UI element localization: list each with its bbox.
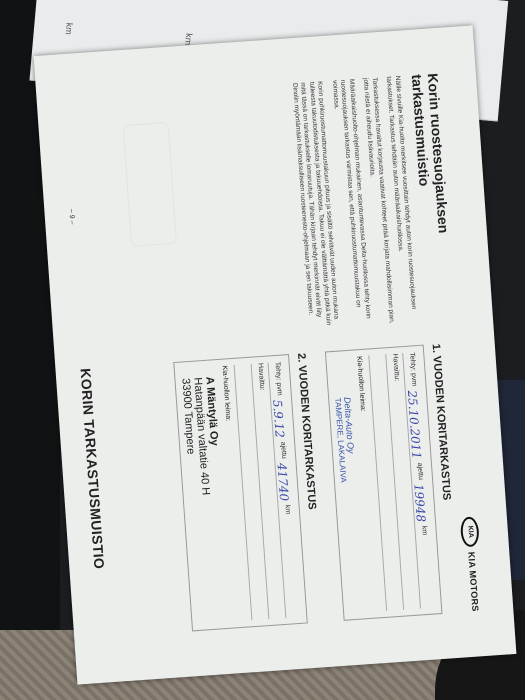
observed-label: Havaittu: — [252, 363, 270, 392]
inspection-section-1: 1. VUODEN KORITARKASTUS Tehty: pvm 25.10… — [325, 343, 461, 621]
brand: KIA KIA MOTORS — [460, 516, 485, 612]
driven-label: ajettu — [274, 441, 291, 459]
left-column: Korin ruostesuojauksen tarkastusmuistio … — [284, 73, 459, 333]
km-unit: km — [279, 504, 296, 514]
observed-label: Havaittu: — [386, 353, 404, 382]
footer-title: KORIN TARKASTUSMUISTIO — [77, 368, 107, 570]
km-unit: km — [415, 525, 432, 535]
km-value: 41740 — [276, 463, 291, 502]
page-number: – 9 – — [67, 209, 75, 225]
booklet-page: Korin ruostesuojauksen tarkastusmuistio … — [34, 25, 517, 684]
done-label: Tehty: pvm — [269, 361, 287, 396]
driven-label: ajettu — [411, 462, 428, 480]
km-value: 19948 — [412, 484, 427, 523]
prev-km-label: km — [64, 22, 75, 35]
inspection-section-2: 2. VUODEN KORITARKASTUS Tehty: pvm 5.9.1… — [173, 353, 326, 632]
prev-km-label: km — [183, 33, 194, 46]
date-value: 5.9.12 — [271, 399, 286, 438]
date-value: 25.10.2011 — [406, 390, 423, 459]
bleed-through-stamp — [123, 122, 177, 247]
kia-logo-icon: KIA — [460, 516, 480, 547]
left-page-title: Korin ruostesuojauksen tarkastusmuistio — [409, 73, 458, 325]
page-content: Korin ruostesuojauksen tarkastusmuistio … — [45, 41, 506, 669]
right-column: KIA KIA MOTORS 1. VUODEN KORITARKASTUS T… — [173, 342, 478, 631]
brand-text: KIA MOTORS — [466, 551, 480, 612]
done-label: Tehty: pvm — [403, 352, 421, 387]
inspection-form: Tehty: pvm 5.9.12 ajettu 41740 km Havait… — [173, 354, 308, 631]
inspection-form: Tehty: pvm 25.10.2011 ajettu 19948 km Ha… — [325, 345, 443, 621]
